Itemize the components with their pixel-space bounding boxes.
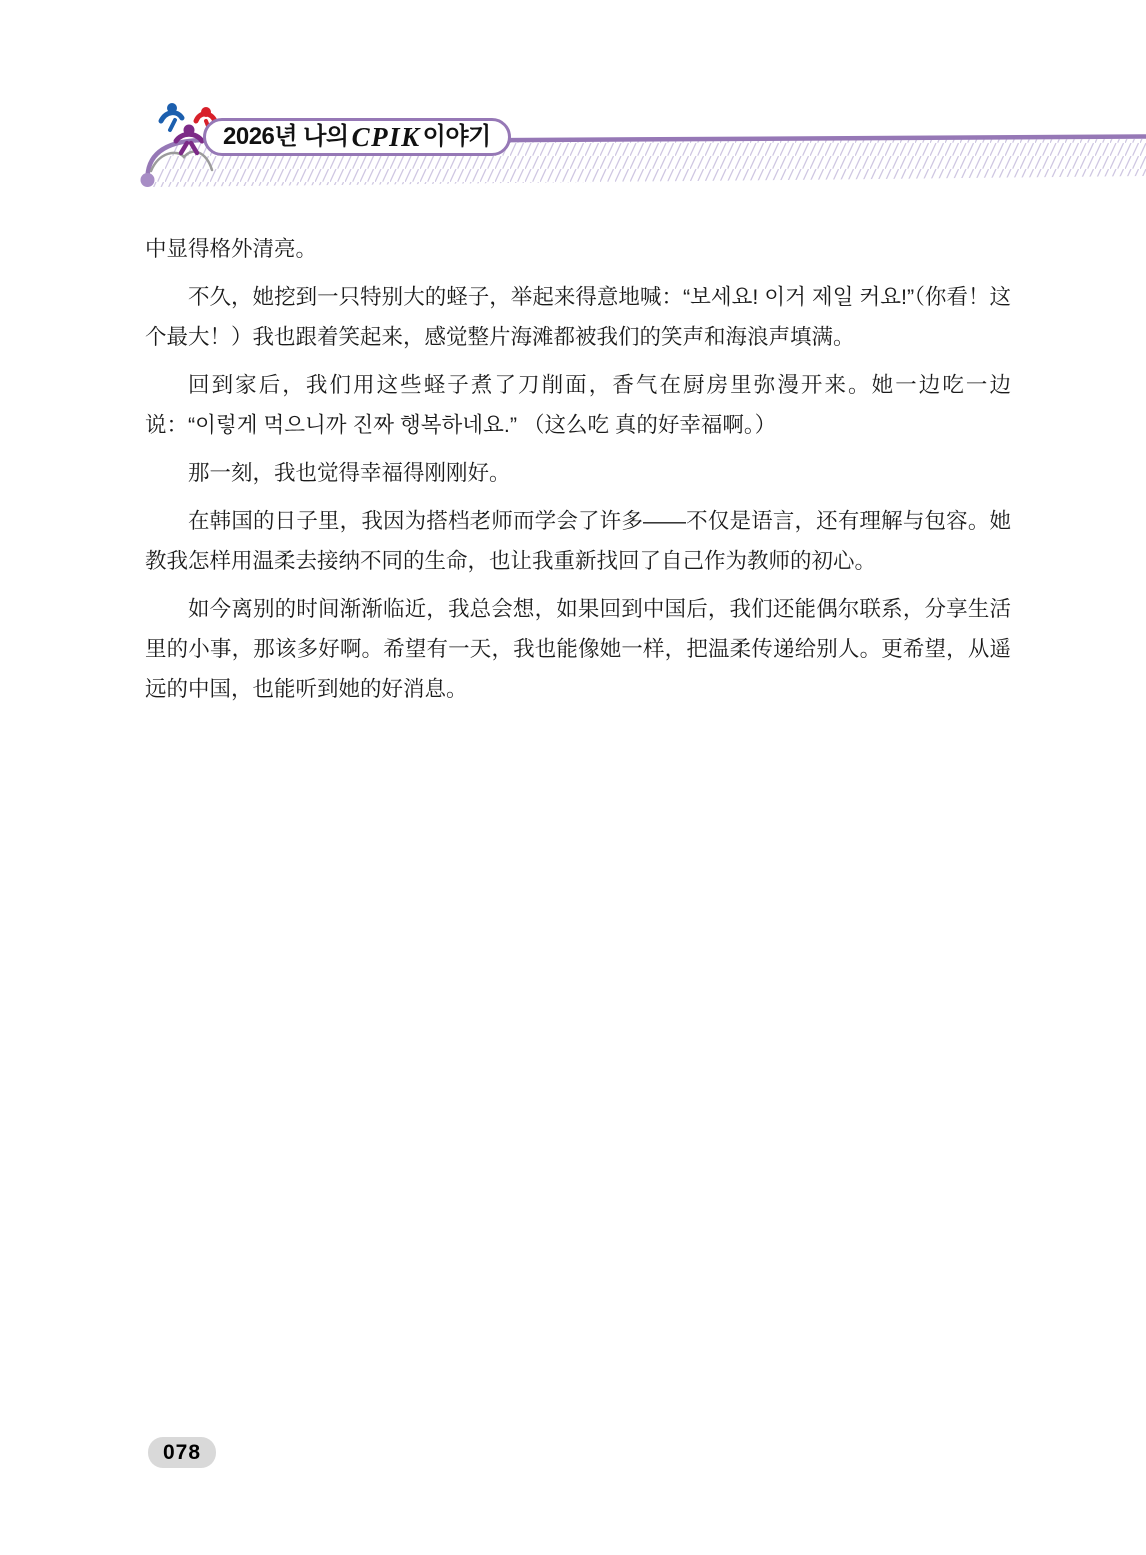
header-title-capsule: 2026년 나의CPIK이야기 bbox=[203, 118, 511, 156]
paragraph: 不久，她挖到一只特别大的蛏子，举起来得意地喊：“보세요! 이거 제일 커요!”（… bbox=[145, 277, 1011, 357]
paragraph: 那一刻，我也觉得幸福得刚刚好。 bbox=[145, 453, 1011, 493]
essay-body: 中显得格外清亮。 不久，她挖到一只特别大的蛏子，举起来得意地喊：“보세요! 이거… bbox=[145, 229, 1011, 717]
paragraph: 如今离别的时间渐渐临近，我总会想，如果回到中国后，我们还能偶尔联系，分享生活里的… bbox=[145, 589, 1011, 709]
header-banner: 2026년 나의CPIK이야기 bbox=[0, 0, 1146, 215]
header-title-brand: CPIK bbox=[349, 124, 423, 151]
paragraph: 在韩国的日子里，我因为搭档老师而学会了许多——不仅是语言，还有理解与包容。她教我… bbox=[145, 501, 1011, 581]
header-title-suffix: 이야기 bbox=[423, 125, 491, 149]
header-hook-dot bbox=[141, 173, 155, 187]
header-decoration bbox=[0, 0, 1146, 215]
page-number-badge: 078 bbox=[148, 1437, 216, 1468]
paragraph: 回到家后，我们用这些蛏子煮了刀削面，香气在厨房里弥漫开来。她一边吃一边说：“이렇… bbox=[145, 365, 1011, 445]
paragraph: 中显得格外清亮。 bbox=[145, 229, 1011, 269]
header-title-prefix: 2026년 나의 bbox=[223, 125, 349, 149]
page-root: { "header": { "title_prefix": "2026년 나의"… bbox=[0, 0, 1146, 1555]
